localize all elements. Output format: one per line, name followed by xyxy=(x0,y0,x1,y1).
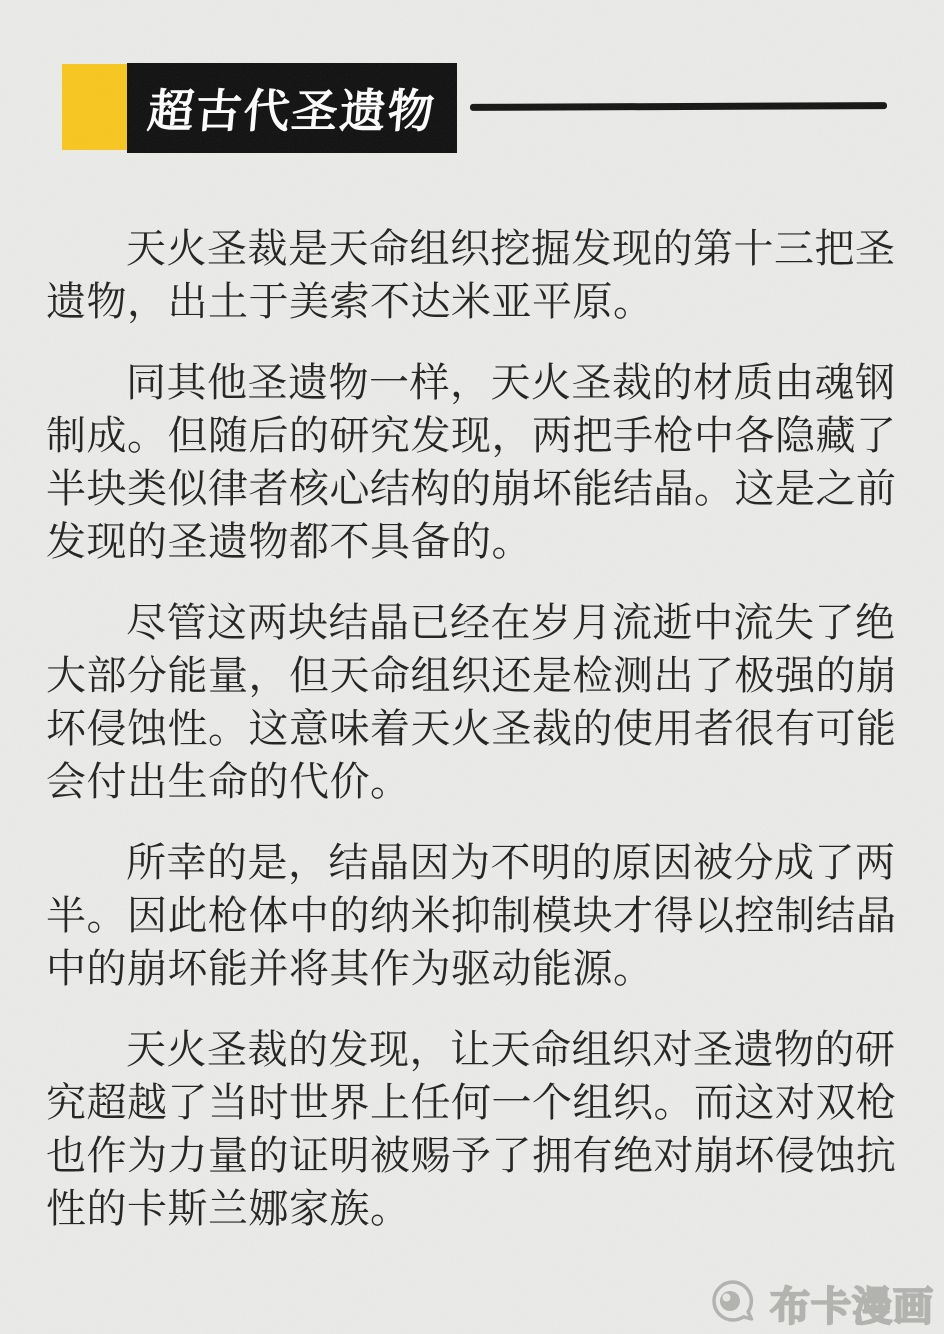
page: 超古代圣遗物 天火圣裁是天命组织挖掘发现的第十三把圣遗物，出土于美索不达米亚平原… xyxy=(0,0,944,1334)
paragraph-3: 尽管这两块结晶已经在岁月流逝中流失了绝大部分能量，但天命组织还是检测出了极强的崩… xyxy=(46,597,898,809)
watermark-text: 布卡漫画 xyxy=(770,1275,934,1332)
article: 天火圣裁是天命组织挖掘发现的第十三把圣遗物，出土于美索不达米亚平原。 同其他圣遗… xyxy=(46,223,898,1264)
paragraph-2: 同其他圣遗物一样，天火圣裁的材质由魂钢制成。但随后的研究发现，两把手枪中各隐藏了… xyxy=(46,357,898,569)
header: 超古代圣遗物 xyxy=(0,0,944,170)
paragraph-4: 所幸的是，结晶因为不明的原因被分成了两半。因此枪体中的纳米抑制模块才得以控制结晶… xyxy=(46,837,898,996)
paragraph-1: 天火圣裁是天命组织挖掘发现的第十三把圣遗物，出土于美索不达米亚平原。 xyxy=(46,223,898,329)
header-title-box: 超古代圣遗物 xyxy=(127,63,457,153)
header-rule-line xyxy=(470,102,887,111)
buka-logo-icon xyxy=(711,1278,765,1330)
header-accent-block xyxy=(62,64,127,150)
page-title: 超古代圣遗物 xyxy=(145,75,439,141)
paragraph-5: 天火圣裁的发现，让天命组织对圣遗物的研究超越了当时世界上任何一个组织。而这对双枪… xyxy=(46,1024,898,1236)
watermark: 布卡漫画 xyxy=(711,1275,934,1332)
